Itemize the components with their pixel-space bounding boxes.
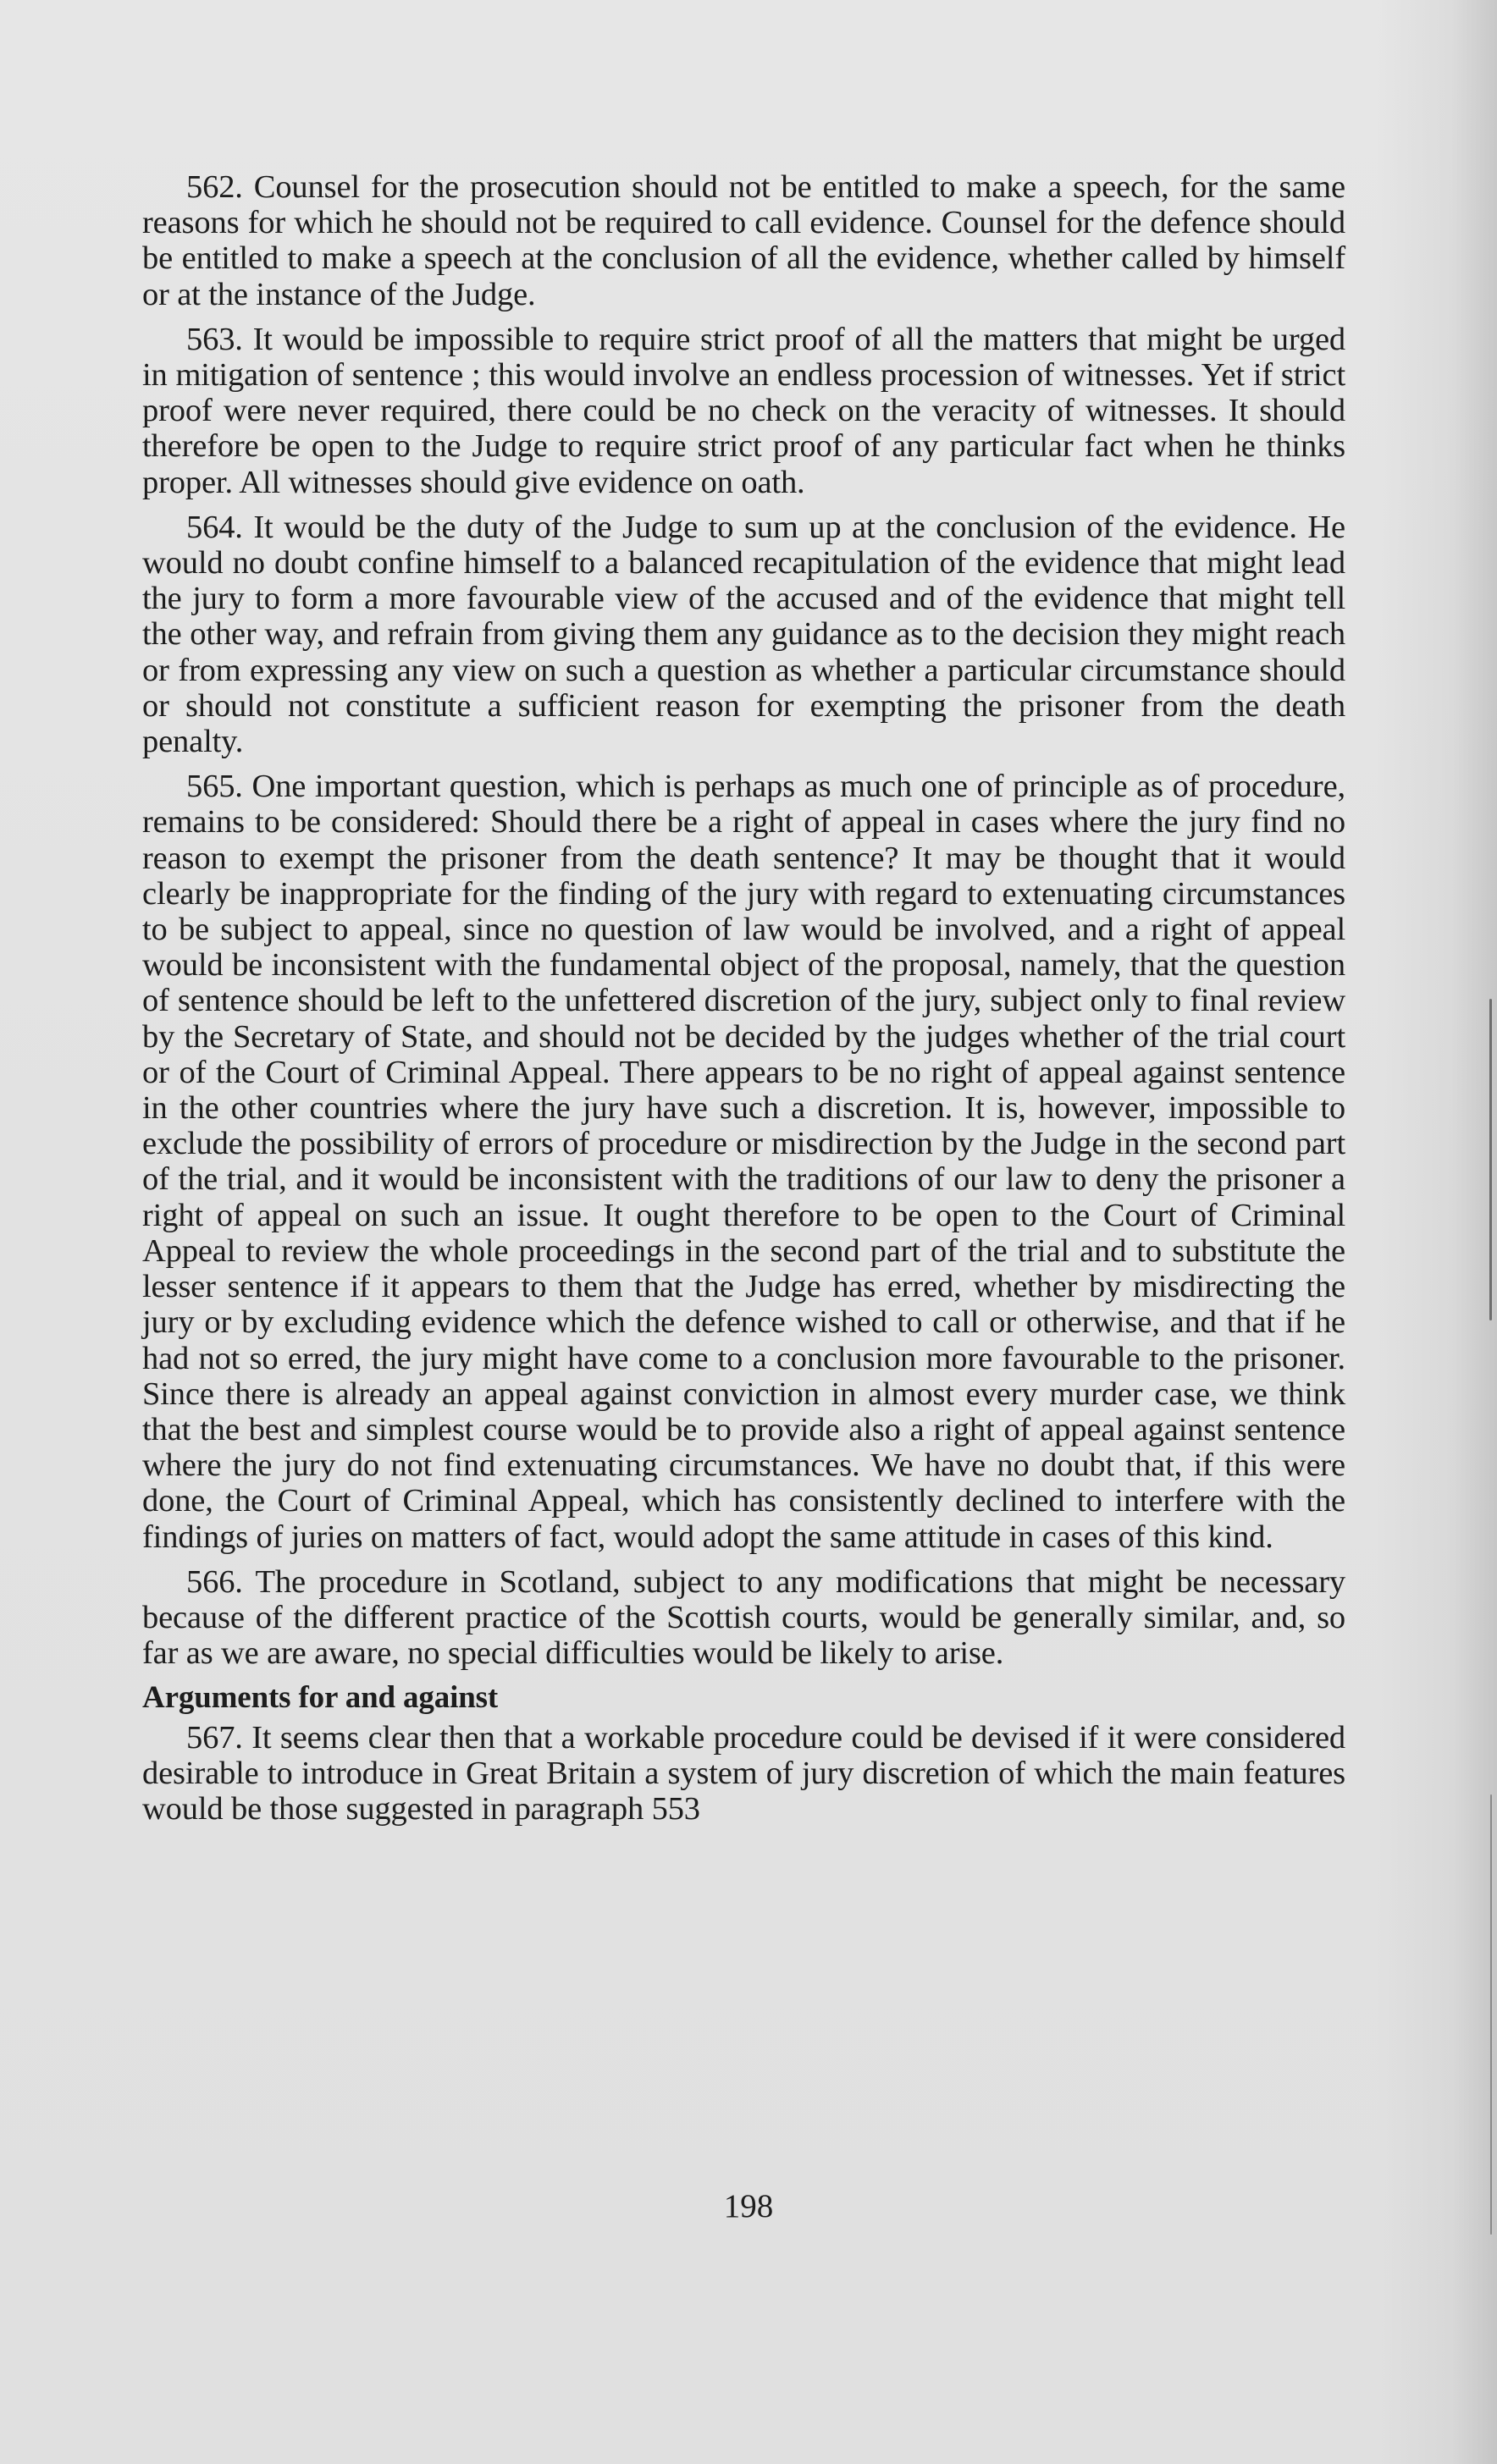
paragraph-number: 563.	[186, 322, 243, 357]
page-number: 198	[0, 2187, 1497, 2225]
paragraph-number: 564.	[186, 510, 243, 545]
paragraph-number: 562.	[186, 169, 243, 205]
body-text: 562. Counsel for the prosecution should …	[142, 169, 1345, 1836]
paragraph-564: 564. It would be the duty of the Judge t…	[142, 510, 1345, 759]
page-edge-shadow	[1489, 999, 1492, 1320]
paragraph-text: The procedure in Scotland, subject to an…	[142, 1564, 1345, 1671]
paragraph-text: It would be impossible to require strict…	[142, 322, 1345, 500]
paragraph-number: 567.	[186, 1720, 243, 1756]
paragraph-number: 565.	[186, 769, 243, 804]
section-heading: Arguments for and against	[142, 1680, 1345, 1716]
paragraph-text: It seems clear then that a workable proc…	[142, 1720, 1345, 1827]
paragraph-567: 567. It seems clear then that a workable…	[142, 1720, 1345, 1827]
paragraph-text: Counsel for the prosecution should not b…	[142, 169, 1345, 312]
scanned-page: 562. Counsel for the prosecution should …	[0, 0, 1497, 2464]
paragraph-562: 562. Counsel for the prosecution should …	[142, 169, 1345, 312]
paragraph-563: 563. It would be impossible to require s…	[142, 322, 1345, 500]
paragraph-566: 566. The procedure in Scotland, subject …	[142, 1564, 1345, 1672]
paragraph-text: It would be the duty of the Judge to sum…	[142, 510, 1345, 759]
paragraph-number: 566.	[186, 1564, 243, 1600]
paragraph-text: One important question, which is perhaps…	[142, 769, 1345, 1554]
page-edge-shadow	[1490, 1794, 1492, 2235]
paragraph-565: 565. One important question, which is pe…	[142, 769, 1345, 1554]
